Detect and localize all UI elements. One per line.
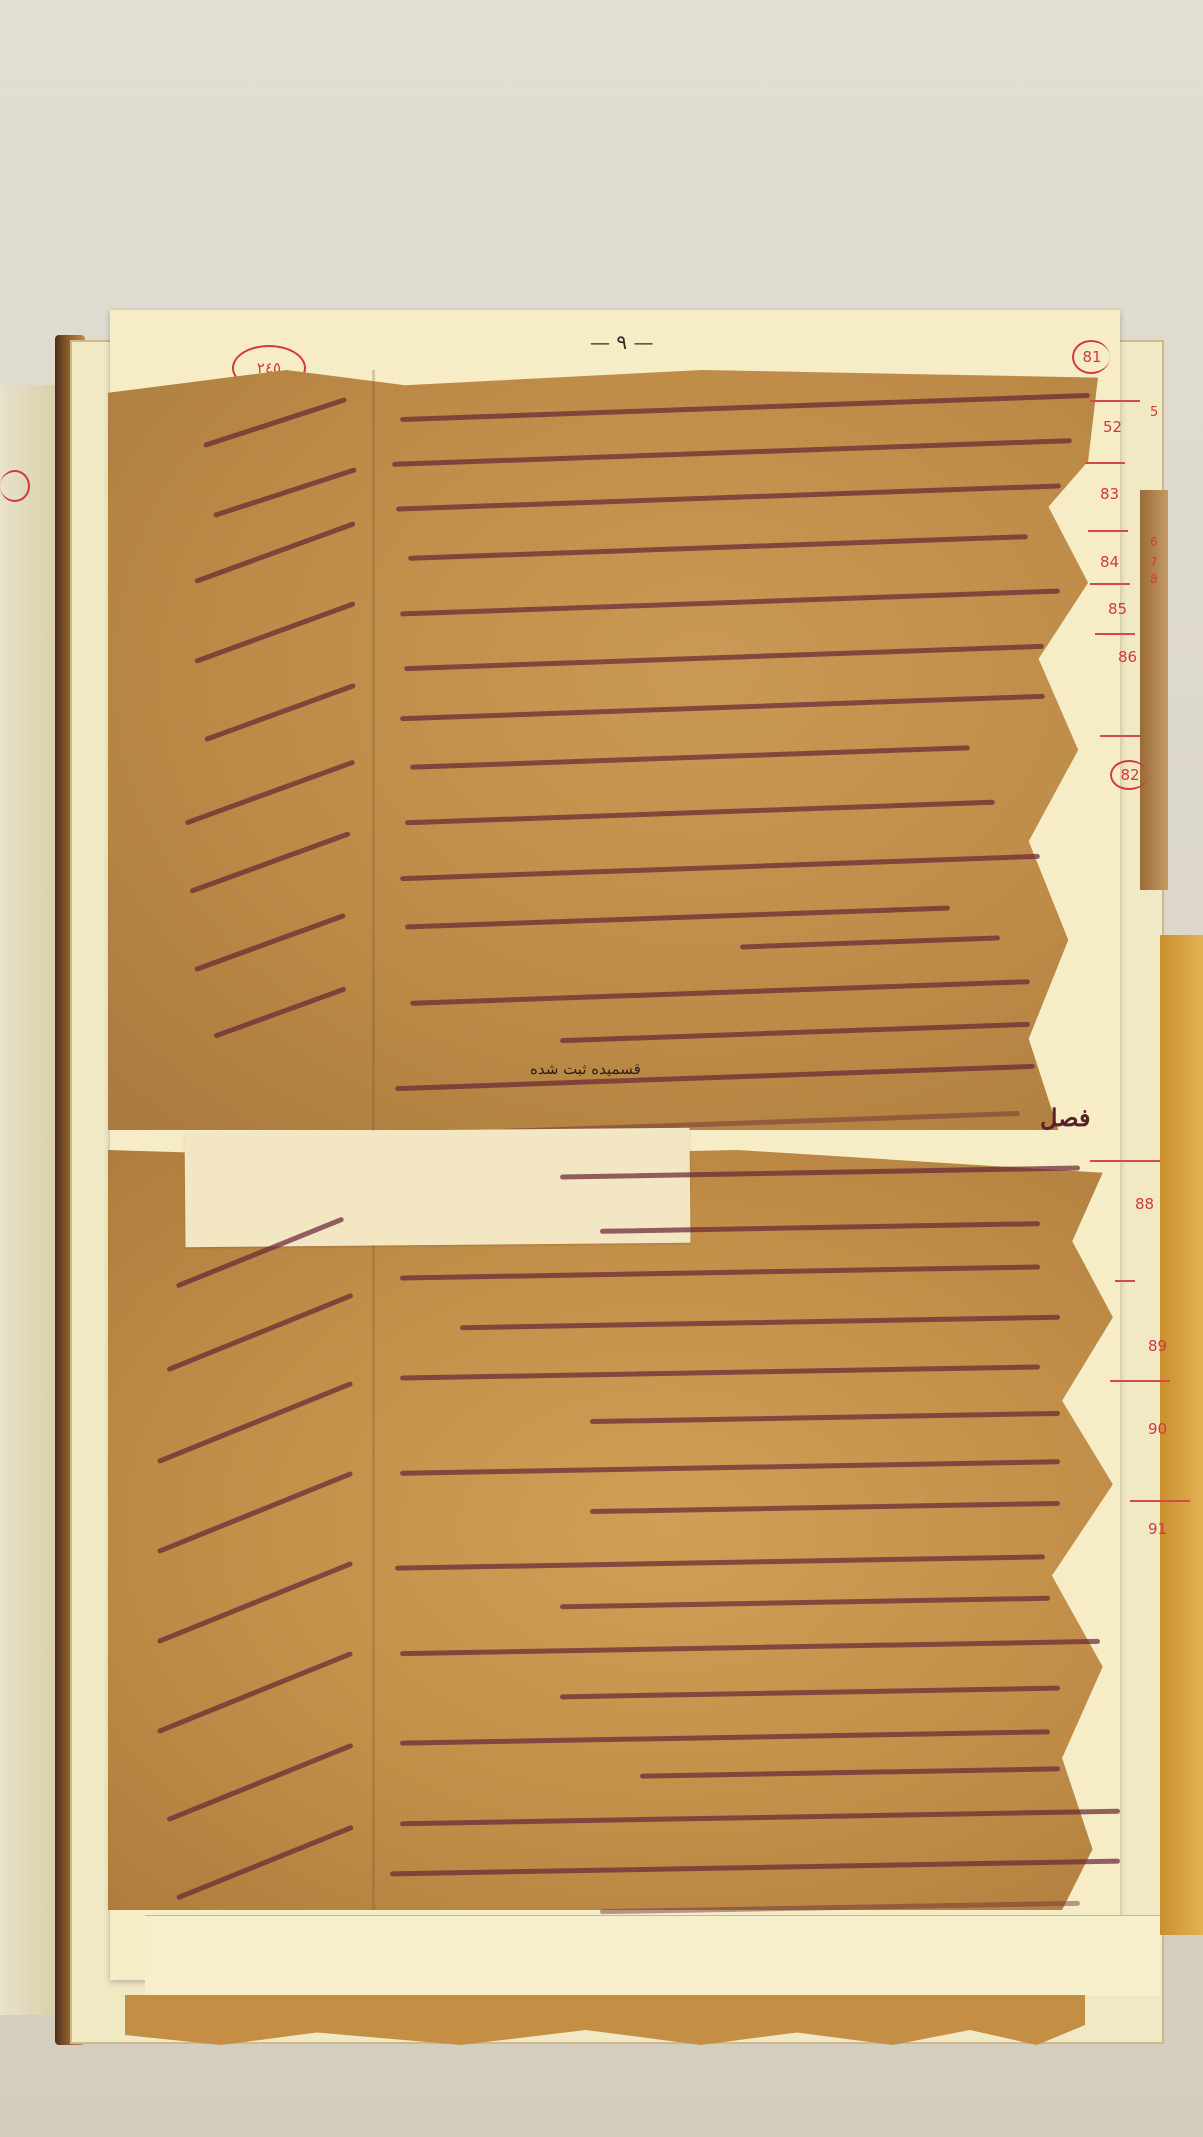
left-adjacent-leaf [0, 385, 60, 2015]
circled-folio-number-right: 81 [1072, 340, 1110, 374]
right-leaf-edge [1140, 490, 1168, 890]
manuscript-folio-lower [108, 1150, 1123, 1910]
section-heading: فصل [1040, 1103, 1090, 1132]
folio-number-text: 81 [1082, 348, 1101, 366]
circled-section-number: 82 [1110, 760, 1148, 790]
interlinear-annotation: قسمیده ثبت شده [530, 1060, 641, 1078]
page-number-marker: — ٩ — [590, 330, 653, 354]
left-leaf-pencil-note [0, 470, 30, 502]
restoration-tape-bottom [145, 1915, 1160, 1996]
